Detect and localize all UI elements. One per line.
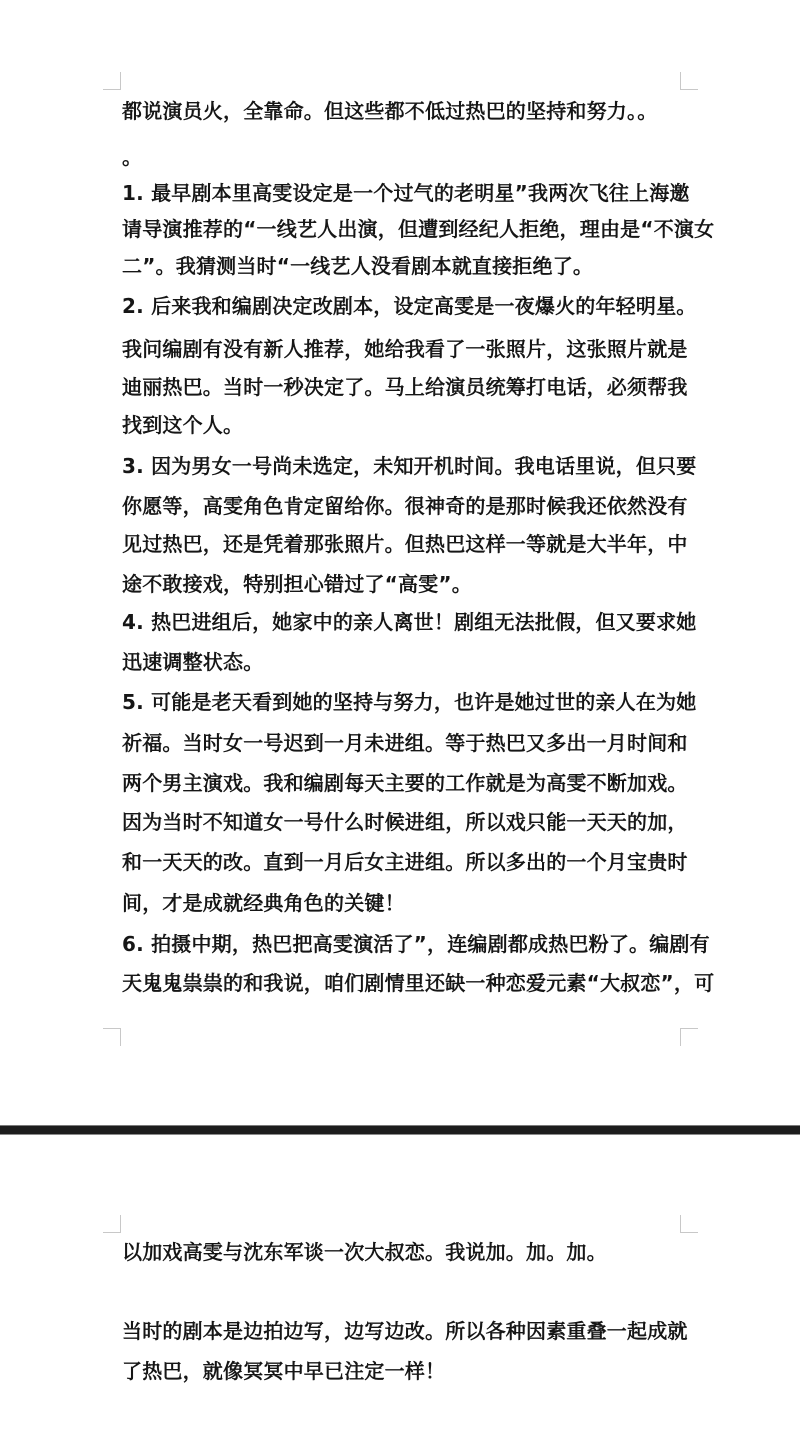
list-item-4-line: 迅速调整状态。	[122, 649, 692, 675]
document-page-1: 都说演员火，全靠命。但这些都不低过热巴的坚持和努力。。 。 1. 最早剧本里高雯…	[0, 0, 800, 1125]
list-item-3-line: 你愿等，高雯角色肯定留给你。很神奇的是那时候我还依然没有	[122, 493, 692, 519]
page-corner-mark-bottom-right	[680, 1028, 698, 1046]
list-item-3-line: 3. 因为男女一号尚未选定，未知开机时间。我电话里说，但只要	[122, 453, 692, 479]
list-item-5-line: 和一天天的改。直到一月后女主进组。所以多出的一个月宝贵时	[122, 849, 692, 875]
list-item-6-line: 天鬼鬼祟祟的和我说，咱们剧情里还缺一种恋爱元素“大叔恋”，可	[122, 970, 692, 996]
list-item-5-line: 间，才是成就经典角色的关键！	[122, 890, 692, 916]
list-item-6-line: 以加戏高雯与沈东军谈一次大叔恋。我说加。加。加。	[122, 1239, 692, 1265]
list-item-5-line: 两个男主演戏。我和编剧每天主要的工作就是为高雯不断加戏。	[122, 770, 692, 796]
list-item-2-line: 我问编剧有没有新人推荐，她给我看了一张照片，这张照片就是	[122, 336, 692, 362]
list-item-2-line: 迪丽热巴。当时一秒决定了。马上给演员统筹打电话，必须帮我	[122, 374, 692, 400]
list-item-3-line: 途不敢接戏，特别担心错过了“高雯”。	[122, 571, 692, 597]
list-item-6-line: 6. 拍摄中期，热巴把高雯演活了”，连编剧都成热巴粉了。编剧有	[122, 931, 692, 957]
page-corner-mark-top-right	[680, 1215, 698, 1233]
paragraph-line: 了热巴，就像冥冥中早已注定一样！	[122, 1358, 692, 1384]
list-item-2-line: 找到这个人。	[122, 412, 692, 438]
page-divider	[0, 1125, 800, 1135]
paragraph-line: 。	[122, 144, 692, 170]
list-item-1-line: 请导演推荐的“一线艺人出演，但遭到经纪人拒绝，理由是“不演女	[122, 216, 692, 242]
page-corner-mark-top-left	[103, 72, 121, 90]
page-corner-mark-top-left	[103, 1215, 121, 1233]
list-item-2-line: 2. 后来我和编剧决定改剧本，设定高雯是一夜爆火的年轻明星。	[122, 293, 692, 319]
list-item-4-line: 4. 热巴进组后，她家中的亲人离世！剧组无法批假，但又要求她	[122, 609, 692, 635]
list-item-3-line: 见过热巴，还是凭着那张照片。但热巴这样一等就是大半年，中	[122, 531, 692, 557]
list-item-5-line: 祈福。当时女一号迟到一月未进组。等于热巴又多出一月时间和	[122, 730, 692, 756]
document-page-2: 以加戏高雯与沈东军谈一次大叔恋。我说加。加。加。 当时的剧本是边拍边写，边写边改…	[0, 1135, 800, 1443]
list-item-1-line: 1. 最早剧本里高雯设定是一个过气的老明星”我两次飞往上海邀	[122, 180, 692, 206]
page-corner-mark-top-right	[680, 72, 698, 90]
list-item-1-line: 二”。我猜测当时“一线艺人没看剧本就直接拒绝了。	[122, 253, 692, 279]
paragraph-line: 当时的剧本是边拍边写，边写边改。所以各种因素重叠一起成就	[122, 1318, 692, 1344]
list-item-5-line: 5. 可能是老天看到她的坚持与努力，也许是她过世的亲人在为她	[122, 689, 692, 715]
paragraph-line: 都说演员火，全靠命。但这些都不低过热巴的坚持和努力。。	[122, 98, 692, 124]
list-item-5-line: 因为当时不知道女一号什么时候进组，所以戏只能一天天的加，	[122, 809, 692, 835]
page-corner-mark-bottom-left	[103, 1028, 121, 1046]
